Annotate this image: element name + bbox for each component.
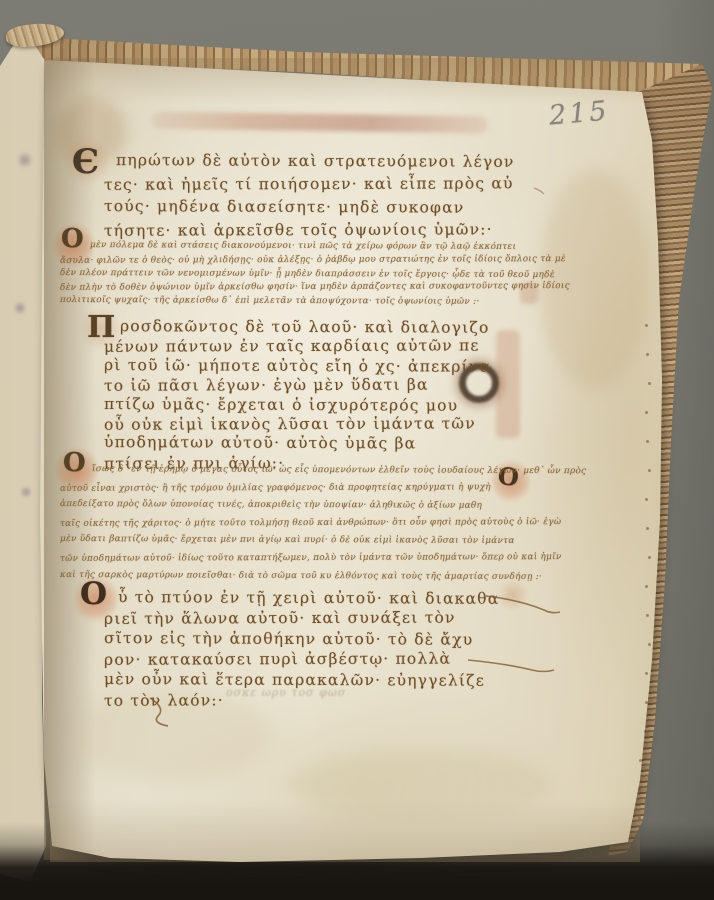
manuscript-line: ἀπεδείξατο πρὸς ὅλων ὑπονοίας τινές, ἀπο…: [60, 496, 542, 516]
manuscript-line: πηρώτων δὲ αὐτὸν καὶ στρατευόμενοι λέγον: [104, 149, 540, 174]
manuscript-line: τες· καὶ ἡμεῖς τί ποιήσομεν· καὶ εἶπε πρ…: [104, 172, 540, 197]
manuscript-line: τῶν ὑποδημάτων αὐτοῦ· ἰδίως τοῦτο καταπτ…: [60, 549, 542, 568]
pricking-hole: [645, 585, 648, 588]
pricking-hole: [648, 382, 651, 385]
manuscript-line: τούς· μηδένα διασείσητε· μηδὲ συκοφαν: [104, 195, 540, 220]
gutter-sewing-stain: [18, 150, 32, 170]
pricking-hole: [645, 411, 648, 414]
scholion-block-2: ἴσως δ᾽ ἐν τῇ ἐρήμῳ ὁ μέγας οὗτος ἰῶ· ὡς…: [60, 462, 542, 585]
pricking-hole: [644, 730, 647, 733]
manuscript-line: ὑποδημάτων αὐτοῦ· αὐτὸς ὑμᾶς βα: [104, 433, 540, 454]
pricking-hole: [645, 498, 648, 501]
manuscript-line: ὗ τὸ πτύον ἐν τῇ χειρὶ αὐτοῦ· καὶ διακαθ…: [104, 587, 540, 609]
manuscript-photo: 215 Є Ο Π Ο Ο Ο πηρώτων δὲ αὐτὸν καὶ στρ…: [0, 0, 714, 900]
pricking-hole: [645, 672, 648, 675]
pricking-hole: [648, 643, 651, 646]
pricking-hole: [646, 614, 649, 617]
manuscript-line: το ἰῶ πᾶσι λέγων· ἐγὼ μὲν ὕδατι βα: [104, 375, 540, 396]
gospel-block-luke-3-15-16: ροσδοκῶντος δὲ τοῦ λαοῦ· καὶ διαλογιζομέ…: [104, 318, 540, 473]
pricking-hole: [639, 759, 642, 762]
gutter-sewing-stain: [20, 485, 32, 499]
page-bottom-shade: [50, 800, 640, 862]
manuscript-line: ριεῖ τὴν ἅλωνα αὐτοῦ· καὶ συνάξει τὸν: [104, 608, 540, 630]
manuscript-line: μὲν ὕδατι βαπτίζω ὑμᾶς· ἔρχεται μὲν πνι …: [60, 531, 542, 551]
pricking-hole: [645, 701, 648, 704]
pricking-hole: [648, 556, 651, 559]
manuscript-line: πτίζω ὑμᾶς· ἔρχεται ὁ ἰσχυρότερός μου: [104, 395, 540, 416]
verso-show-through-text: οσκε ωρυ τοσ φωσ: [226, 686, 346, 699]
pricking-hole: [646, 527, 649, 530]
scholion-block-1: μὲν πόλεμα δὲ καὶ στάσεις διακονούμενοι·…: [60, 240, 540, 309]
manuscript-line: σῖτον εἰς τὴν ἀποθήκην αὐτοῦ· τὸ δὲ ἄχυ: [104, 628, 540, 650]
page-top-shade: [46, 58, 646, 104]
manuscript-line: ἴσως δ᾽ ἐν τῇ ἐρήμῳ ὁ μέγας οὗτος ἰῶ· ὡς…: [60, 461, 542, 481]
manuscript-line: καὶ τῆς σαρκὸς μαρτύρων ποιεῖσθαι· διὰ τ…: [60, 567, 542, 587]
manuscript-line: ἄσυλα· φιλῶν τε ὁ θεὸς· οὐ μὴ χλιδήσῃς· …: [60, 253, 540, 268]
gutter-sewing-stain: [14, 300, 26, 316]
manuscript-line: πολιτικοῖς ψυχαῖς· τῆς ἀρκείσθω δ᾽ ἐπὶ μ…: [60, 294, 540, 310]
manuscript-line: ρον· κατακαύσει πυρὶ ἀσβέστῳ· πολλὰ: [104, 648, 540, 670]
pricking-hole: [645, 324, 648, 327]
pricking-hole: [638, 817, 641, 820]
manuscript-line: ροσδοκῶντος δὲ τοῦ λαοῦ· καὶ διαλογιζο: [104, 317, 540, 338]
pricking-hole: [646, 353, 649, 356]
manuscript-line: μένων πάντων ἐν ταῖς καρδίαις αὐτῶν πε: [104, 337, 540, 358]
pricking-hole: [646, 440, 649, 443]
folio-number-pencil: 215: [548, 95, 611, 131]
manuscript-line: ρὶ τοῦ ἰῶ· μήποτε αὐτὸς εἴη ὁ χς· ἀπεκρί…: [104, 356, 540, 377]
gospel-block-luke-3-14: πηρώτων δὲ αὐτὸν καὶ στρατευόμενοι λέγον…: [104, 150, 540, 242]
manuscript-line: οὗ οὐκ εἰμὶ ἱκανὸς λῦσαι τὸν ἱμάντα τῶν: [104, 414, 540, 435]
pricking-hole: [648, 469, 651, 472]
manuscript-line: αὐτοῦ εἶναι χριστὸς· ἢ τῆς τρόμου ὁμιλία…: [60, 479, 542, 498]
initial-epsilon: Є: [72, 142, 99, 182]
